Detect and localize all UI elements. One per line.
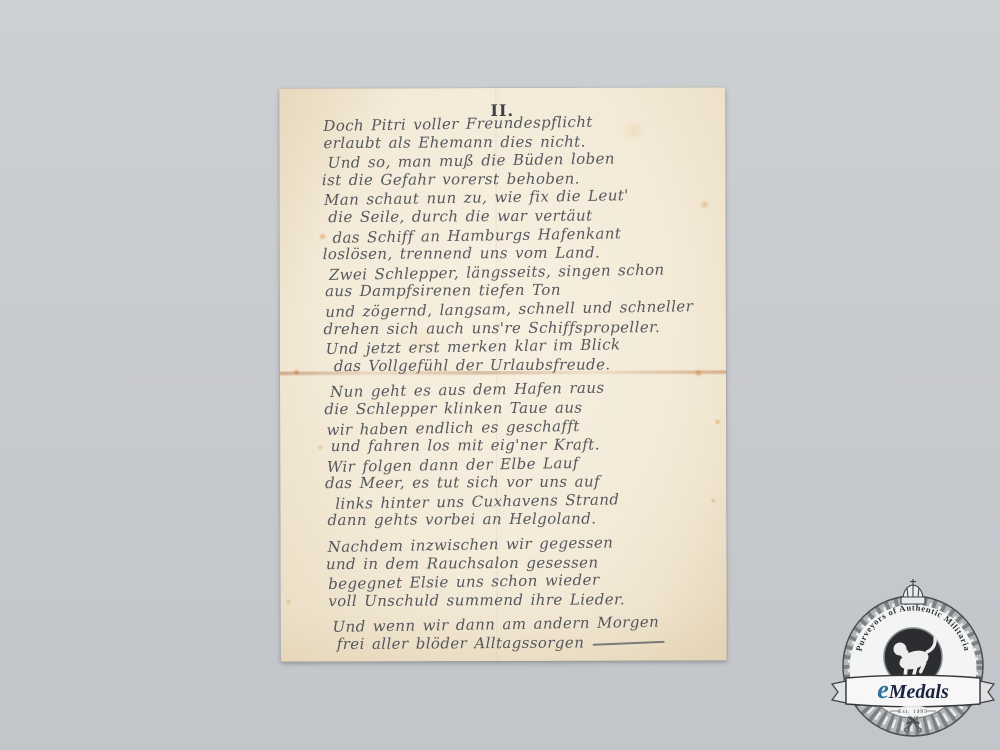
product-photo: II. Doch Pitri voller Freundespflicht er… xyxy=(0,0,1000,750)
foxing-stain xyxy=(317,444,323,450)
poem-line: voll Unschuld summend ihre Lieder. xyxy=(328,590,710,611)
foxing-stain xyxy=(710,497,716,503)
poem-text: Doch Pitri voller Freundespflicht erlaub… xyxy=(323,112,711,655)
established-text: Est. 1995 xyxy=(898,709,928,715)
handwritten-letter-page: II. Doch Pitri voller Freundespflicht er… xyxy=(279,87,726,661)
emedals-watermark-logo: Purveyors of Authentic Militaria xyxy=(828,578,998,748)
pen-flourish xyxy=(592,640,664,644)
foxing-stain xyxy=(286,599,292,605)
crown-icon xyxy=(901,579,925,604)
banner-ribbon: eMedals xyxy=(832,675,994,707)
poem-line: frei aller blöder Alltagssorgen xyxy=(337,633,711,654)
poem-line: dann gehts vorbei an Helgoland. xyxy=(327,509,709,530)
foxing-stain xyxy=(714,418,721,425)
poem-line: das Vollgefühl der Urlaubsfreude. xyxy=(334,354,708,375)
